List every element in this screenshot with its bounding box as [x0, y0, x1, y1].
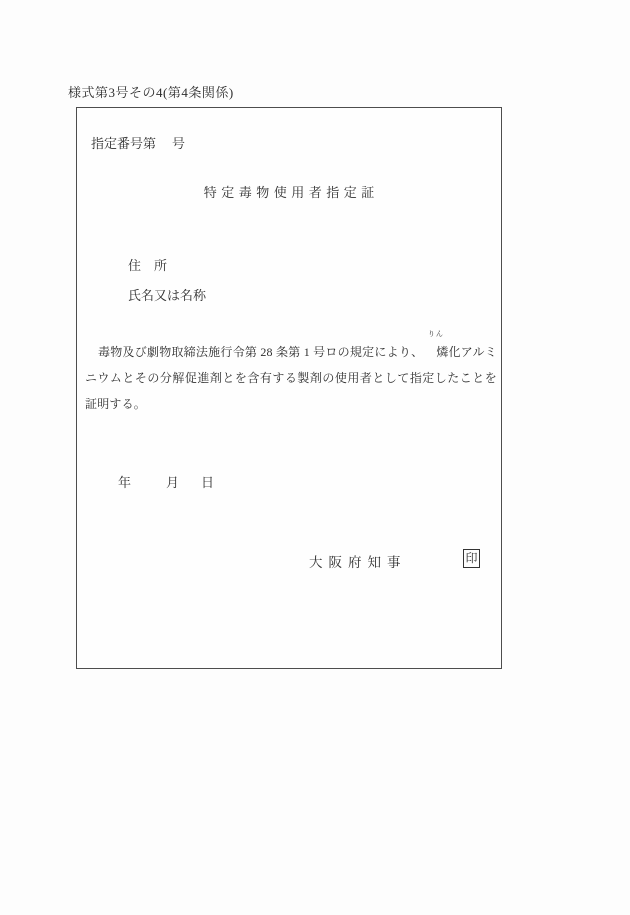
designation-number-suffix: 号	[172, 136, 185, 151]
date-row: 年 月 日	[118, 472, 298, 490]
furigana-text: りん	[428, 331, 444, 338]
name-label: 氏名又は名称	[128, 285, 206, 304]
ruby-annotated-kanji: りん燐	[423, 339, 448, 365]
designation-number-prefix: 指定番号第	[91, 136, 156, 151]
designation-number-row: 指定番号第号	[91, 133, 185, 152]
form-number-label: 様式第3号その4(第4条関係)	[68, 82, 234, 101]
address-label: 住 所	[128, 255, 167, 274]
paragraph-text-before: 毒物及び劇物取締法施行令第 28 条第 1 号ロの規定により、	[98, 345, 423, 359]
date-year-label: 年	[118, 472, 131, 491]
certificate-box: 指定番号第号 特定毒物使用者指定証 住 所 氏名又は名称 毒物及び劇物取締法施行…	[76, 107, 502, 669]
issuer-name: 大阪府知事	[309, 555, 407, 570]
date-day-label: 日	[201, 472, 214, 491]
certificate-title: 特定毒物使用者指定証	[77, 182, 501, 201]
date-month-label: 月	[166, 472, 179, 491]
ruby-base-kanji: 燐	[436, 345, 448, 359]
certification-paragraph: 毒物及び劇物取締法施行令第 28 条第 1 号ロの規定により、りん燐化アルミニウ…	[85, 339, 497, 417]
seal-mark: 印	[463, 549, 480, 568]
issuer-row: 大阪府知事 印	[309, 551, 407, 571]
